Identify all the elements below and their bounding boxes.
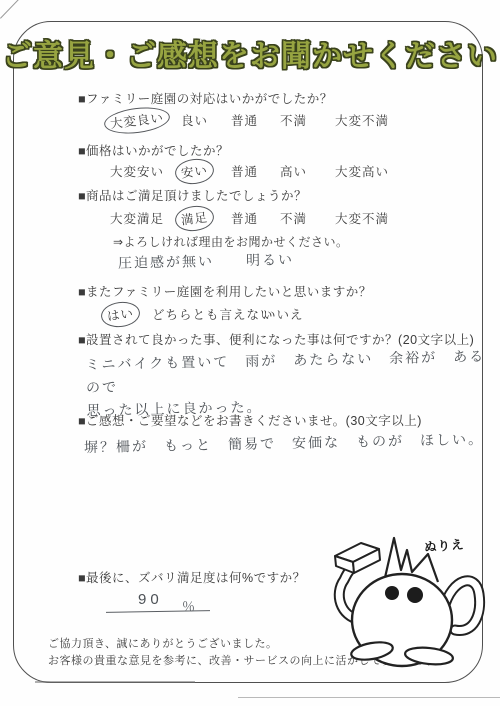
options-row-use-again: はい どちらとも言えない いいえ (0, 305, 500, 327)
option: どちらとも言えない (152, 305, 274, 323)
mascot-label: ぬりえ (423, 535, 465, 556)
question-product-satisfaction: ■商品はご満足頂けましたでしょうか？ (78, 186, 307, 204)
handwritten-reason-answer: 圧迫感が無い 明るい (118, 249, 294, 273)
option: 大変不満 (335, 209, 389, 227)
page-title: ご意見・ご感想をお聞かせください (0, 31, 500, 75)
scanned-survey-form: ご意見・ご感想をお聞かせください ■ファミリー庭園の対応はいかがでしたか？ 大変… (0, 0, 500, 706)
question-comments: ■ご感想・ご要望などをお書きくださいませ。(30文字以上) (78, 411, 422, 429)
option: 不満 (280, 111, 307, 129)
mascot-block (335, 543, 380, 573)
scan-artifact-diagonal (0, 0, 37, 19)
option: 不満 (280, 209, 307, 227)
mascot-drawing (326, 516, 492, 682)
option: 普通 (231, 111, 258, 129)
option: 満足 (174, 204, 216, 234)
scan-artifact-bottom-left (35, 681, 195, 683)
question-price: ■価格はいかがでしたか？ (78, 141, 229, 159)
option: いいえ (263, 305, 304, 323)
option: 大変満足 (110, 209, 164, 227)
option: 大変不満 (335, 111, 389, 129)
option: 大変安い (110, 162, 164, 180)
question-staff-response: ■ファミリー庭園の対応はいかがでしたか？ (78, 89, 333, 107)
footer-thanks: ご協力頂き、誠にありがとうございました。 (48, 635, 278, 651)
mascot-eye-left (385, 586, 399, 600)
question-satisfaction-score: ■最後に、ズバリ満足度は何%ですか？ (78, 568, 306, 586)
options-row-staff-response: 大変良い 良い 普通 不満 大変不満 (0, 111, 500, 133)
options-row-product-satisfaction: 大変満足 満足 普通 不満 大変不満 (0, 209, 500, 231)
option: 普通 (231, 162, 258, 180)
question-benefits: ■設置されて良かった事、便利になった事は何ですか？(20文字以上) (78, 330, 474, 348)
option: 良い (181, 111, 208, 129)
option: 普通 (231, 209, 258, 227)
option: 高い (280, 162, 307, 180)
option: 大変高い (335, 162, 389, 180)
handwritten-score-value: 90 (138, 591, 163, 608)
question-use-again: ■またファミリー庭園を利用したいと思いますか？ (78, 282, 372, 300)
options-row-price: 大変安い 安い 普通 高い 大変高い (0, 162, 500, 184)
scan-artifact-bottom-right (238, 697, 500, 698)
option: はい (100, 300, 142, 330)
option: 安い (174, 157, 216, 187)
mascot-eye-right (407, 587, 423, 603)
question-reason-prompt: ⇒よろしければ理由をお聞かせください。 (113, 233, 349, 250)
handwritten-score-unit: ％ (182, 596, 199, 615)
